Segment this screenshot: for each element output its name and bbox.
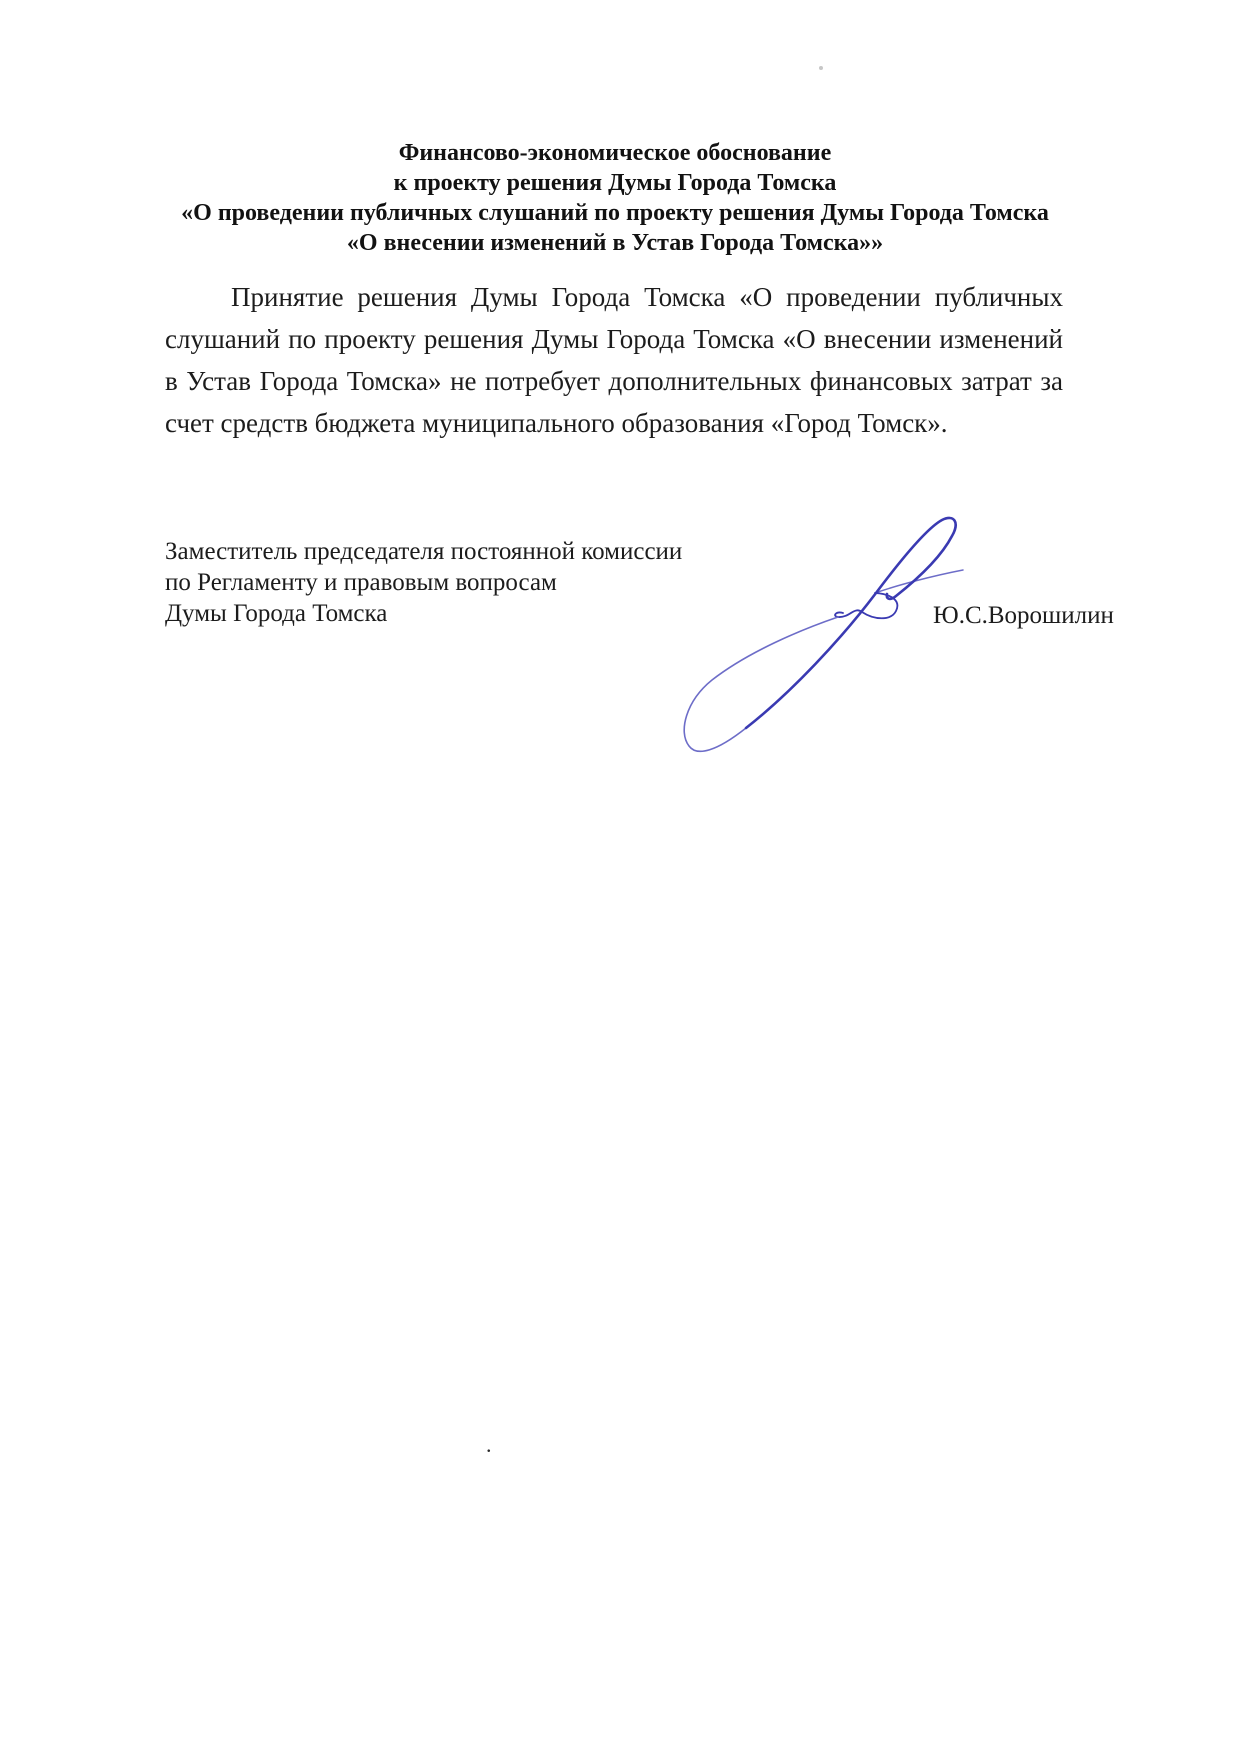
signature-stroke-hook xyxy=(835,593,897,618)
title-line-2: к проекту решения Думы Города Томска xyxy=(165,168,1065,198)
document-title: Финансово-экономическое обоснование к пр… xyxy=(165,138,1065,258)
signoff-line-3: Думы Города Томска xyxy=(165,598,682,629)
signoff-line-1: Заместитель председателя постоянной коми… xyxy=(165,536,682,567)
title-line-4: «О внесении изменений в Устав Города Том… xyxy=(165,228,1065,258)
signoff-line-2: по Регламенту и правовым вопросам xyxy=(165,567,682,598)
signature-stroke-lower-loop xyxy=(684,617,838,751)
title-line-1: Финансово-экономическое обоснование xyxy=(165,138,1065,168)
body-paragraph: Принятие решения Думы Города Томска «О п… xyxy=(165,276,1063,444)
scan-artifact-speck xyxy=(819,66,823,70)
title-line-3: «О проведении публичных слушаний по прое… xyxy=(165,198,1065,228)
signoff-position: Заместитель председателя постоянной коми… xyxy=(165,536,682,629)
signature-stroke-entry xyxy=(875,570,963,593)
signer-name: Ю.С.Ворошилин xyxy=(933,602,1114,630)
stray-period-mark: . xyxy=(486,1432,492,1458)
scanned-document-page: Финансово-экономическое обоснование к пр… xyxy=(0,0,1240,1753)
signature-stroke-main-loop xyxy=(746,518,956,728)
